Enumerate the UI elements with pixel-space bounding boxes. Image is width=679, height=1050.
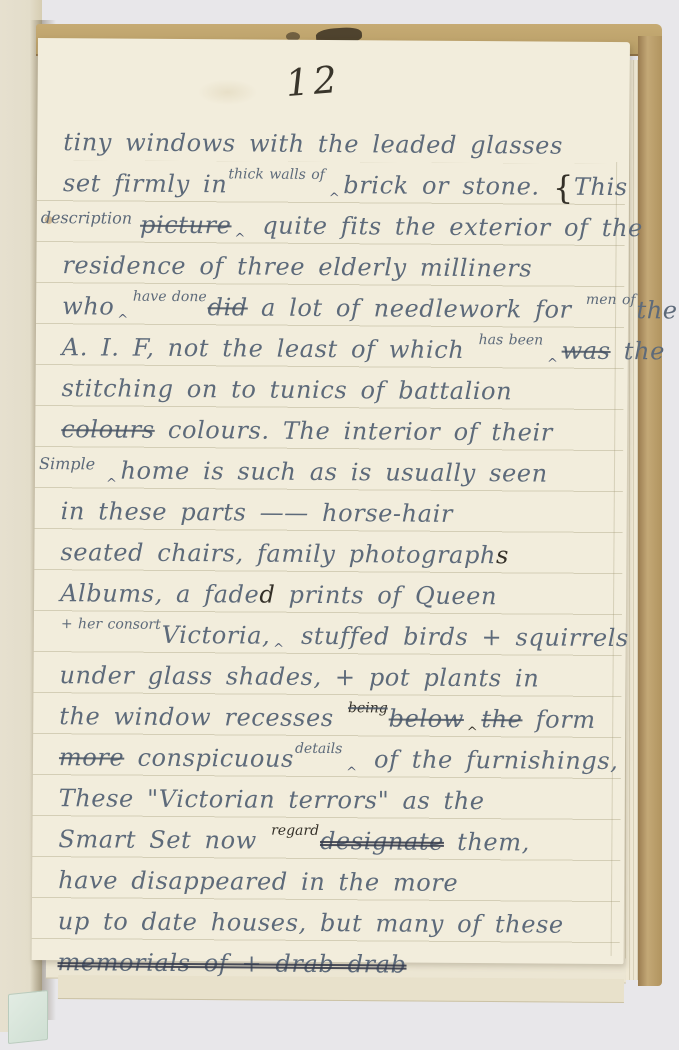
caret-mark: ^ xyxy=(467,712,479,753)
book-cover-right-edge xyxy=(638,36,662,986)
manuscript-line: stitching on to tunics of battalion xyxy=(61,368,621,413)
handwriting-text: the window recesses xyxy=(59,702,347,732)
manuscript-line: memorials of + drab drab xyxy=(57,942,617,987)
manuscript-line: A. I. F, not the least of which has been… xyxy=(62,327,622,372)
manuscript-line: Albums, a faded prints of Queen xyxy=(60,573,620,618)
manuscript-line: up to date houses, but many of these xyxy=(58,901,618,946)
manuscript-line: more conspicuousdetails^ of the furnishi… xyxy=(59,737,619,782)
margin-note: Simple xyxy=(39,443,95,484)
interlinear-insertion: being xyxy=(348,703,388,713)
handwriting-text: tiny windows with the leaded glasses xyxy=(63,128,563,159)
handwriting-text: of the furnishings, xyxy=(361,745,619,775)
struck-out-text: designate xyxy=(320,827,444,856)
caret-mark: ^ xyxy=(329,178,341,219)
handwriting-text: Victoria, xyxy=(162,621,271,650)
page-number: 12 xyxy=(284,58,342,105)
handwriting-text: set firmly in xyxy=(63,169,228,198)
interlinear-insertion: details xyxy=(295,744,342,754)
manuscript-line: have disappeared in the more xyxy=(58,860,618,905)
manuscript-text: tiny windows with the leaded glassesset … xyxy=(57,122,623,987)
struck-out-text: the xyxy=(481,705,522,733)
handwriting-text: the xyxy=(611,337,666,365)
manuscript-line: tiny windows with the leaded glasses xyxy=(63,122,623,167)
handwriting-text: brick or stone. xyxy=(343,171,553,200)
handwriting-text: have disappeared in the more xyxy=(58,866,458,897)
handwriting-text: them, xyxy=(444,828,530,857)
handwriting-text: Smart Set now xyxy=(58,825,270,854)
handwriting-text: d xyxy=(259,581,275,609)
manuscript-line: Simple^home is such as is usually seen xyxy=(61,450,621,495)
handwriting-text: colours. The interior of their xyxy=(155,416,553,447)
manuscript-line: in these parts —— horse-hair xyxy=(61,491,621,536)
handwriting-text: seated chairs, family photograph xyxy=(60,538,496,569)
handwriting-text: under glass shades, + pot plants in xyxy=(59,661,539,692)
handwriting-text: up to date houses, but many of these xyxy=(58,907,564,939)
manuscript-line: residence of three elderly milliners xyxy=(62,245,622,290)
handwriting-text: quite fits the exterior of the xyxy=(249,211,643,242)
manuscript-line: Smart Set now regarddesignate them, xyxy=(58,819,618,864)
interlinear-insertion: have done xyxy=(133,292,207,303)
notebook-page: 12 tiny windows with the leaded glassess… xyxy=(32,38,630,964)
manuscript-line: + her consortVictoria,^ stuffed birds + … xyxy=(60,614,620,659)
struck-out-text: below xyxy=(389,704,464,733)
interlinear-insertion: regard xyxy=(271,826,319,836)
manuscript-line: who^have donedid a lot of needlework for… xyxy=(62,286,622,331)
page-marker-tab xyxy=(8,990,48,1044)
handwriting-text: conspicuous xyxy=(124,744,294,773)
caret-mark: ^ xyxy=(547,344,559,385)
handwriting-text: who xyxy=(62,292,114,320)
handwriting-text: s xyxy=(496,541,509,569)
caret-mark: ^ xyxy=(234,218,246,259)
caret-mark: ^ xyxy=(273,629,285,670)
caret-mark: ^ xyxy=(117,300,129,341)
handwriting-text: prints of Queen xyxy=(275,581,497,611)
manuscript-line: colours colours. The interior of their xyxy=(61,409,621,454)
manuscript-line: seated chairs, family photographs xyxy=(60,532,620,577)
manuscript-line: These "Victorian terrors" as the xyxy=(59,778,619,823)
struck-out-text: more xyxy=(59,743,124,771)
handwriting-text: stuffed birds + squirrels xyxy=(288,622,629,652)
margin-note: description xyxy=(41,197,133,239)
handwriting-text: Albums, a fade xyxy=(60,579,259,608)
handwriting-text: residence of three elderly milliners xyxy=(62,251,532,282)
struck-out-text: memorials of + drab drab xyxy=(57,948,406,978)
handwriting-text: the xyxy=(636,296,677,324)
photograph-background: 12 tiny windows with the leaded glassess… xyxy=(0,0,679,1050)
handwriting-text: stitching on to tunics of battalion xyxy=(61,374,512,405)
page-stain xyxy=(198,79,258,105)
handwriting-text: form xyxy=(522,705,595,734)
handwriting-text: a lot of needlework for xyxy=(248,293,585,323)
struck-out-text: colours xyxy=(61,415,155,444)
handwriting-text: This xyxy=(574,173,628,201)
handwriting-text: { xyxy=(553,169,574,207)
struck-out-text: picture xyxy=(140,211,232,240)
manuscript-line: descriptionpicture^ quite fits the exter… xyxy=(63,204,623,249)
handwriting-text: in these parts —— horse-hair xyxy=(61,497,453,528)
caret-mark: ^ xyxy=(106,463,118,504)
interlinear-insertion: has been xyxy=(479,335,544,345)
manuscript-line: the window recesses beingbelow^the form xyxy=(59,696,619,741)
manuscript-line: set firmly inthick walls of^brick or sto… xyxy=(63,163,623,208)
struck-out-text: was xyxy=(562,337,611,365)
interlinear-insertion: men of xyxy=(586,295,636,305)
struck-out-text: did xyxy=(207,293,247,321)
manuscript-line: under glass shades, + pot plants in xyxy=(59,655,619,700)
handwriting-text: home is such as is usually seen xyxy=(120,457,547,488)
interlinear-insertion: thick walls of xyxy=(228,169,325,180)
handwriting-text: These "Victorian terrors" as the xyxy=(59,784,485,815)
caret-mark: ^ xyxy=(346,752,358,793)
interlinear-insertion: + her consort xyxy=(61,619,161,630)
